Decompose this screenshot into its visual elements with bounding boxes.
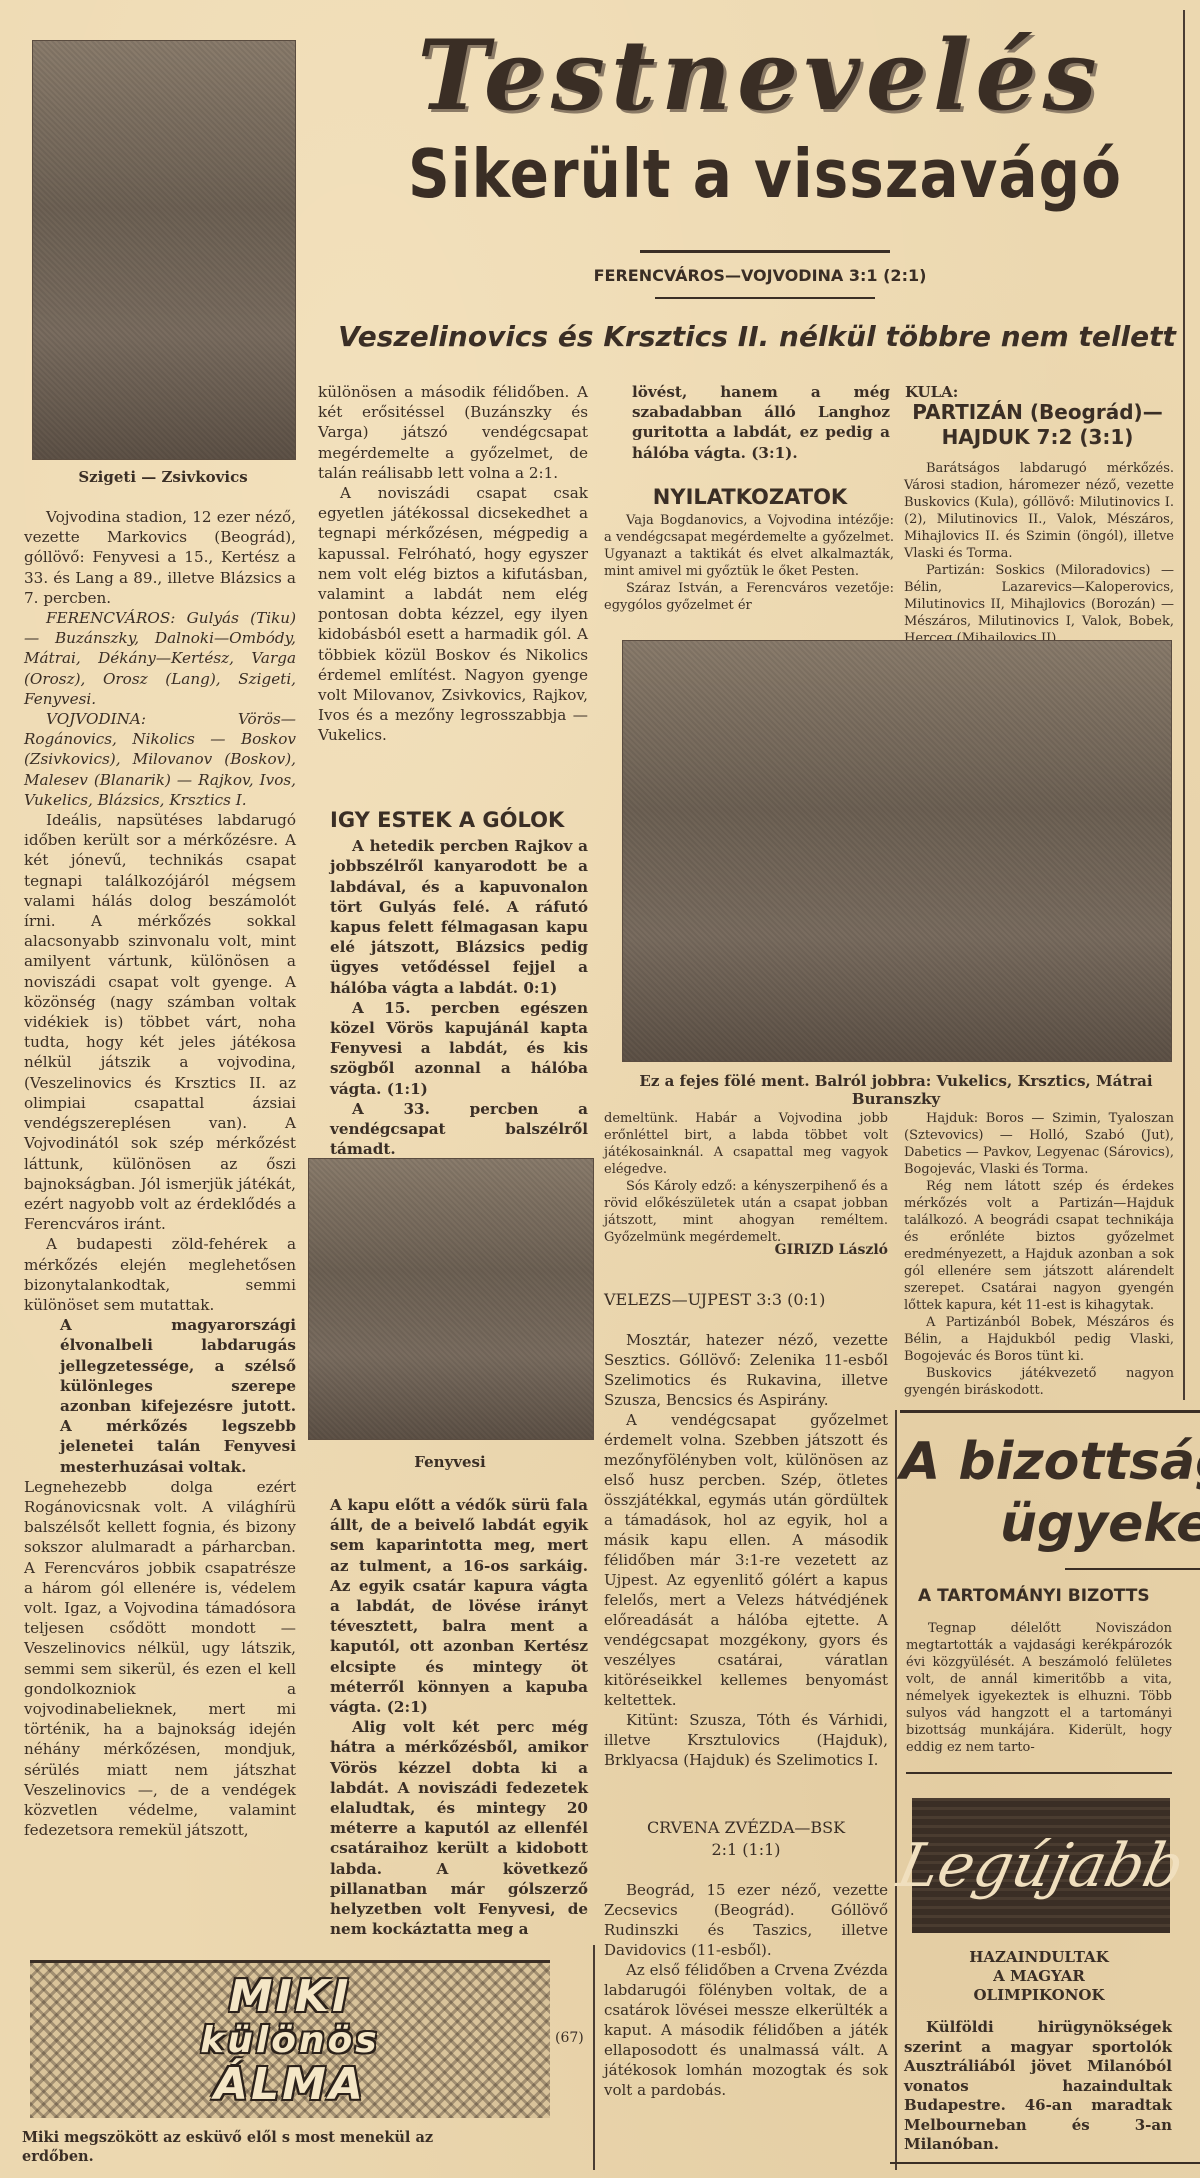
crvena-body: Beográd, 15 ezer néző, vezette Zecsevics…: [604, 1880, 888, 2100]
velezs-body: Mosztár, hatezer néző, vezette Sesztics.…: [604, 1330, 888, 1770]
kula-paragraph: Barátságos labdarugó mérkőzés. Városi st…: [904, 460, 1174, 562]
article-column-2-cont: A kapu előtt a védők sürü fala állt, de …: [330, 1495, 588, 1939]
comic-title-2: különös: [200, 2019, 379, 2063]
photo3-caption: Ez a fejes fölé ment. Balról jobbra: Vuk…: [622, 1072, 1170, 1108]
statements: Vaja Bogdanovics, a Vojvodina intézője: …: [604, 512, 894, 614]
article-column-1: Vojvodina stadion, 12 ezer néző, vezette…: [24, 507, 296, 1840]
comic-title-1: MIKI: [200, 1975, 379, 2019]
column-divider: [895, 1410, 897, 2170]
comic-number: (67): [555, 2030, 584, 2046]
column-divider: [593, 1945, 595, 2170]
article-paragraph: Ideális, napsütéses labdarugó időben ker…: [24, 810, 296, 1234]
masthead-title: Testnevelés: [350, 25, 1170, 125]
article-paragraph: Legnehezebb dolga ezért Rogánovicsnak vo…: [24, 1477, 296, 1841]
latest-heading-1: HAZAINDULTAK: [906, 1948, 1172, 1966]
vojvodina-lineup: VOJVODINA: Vörös—Rogánovics, Nikolics — …: [24, 709, 296, 810]
kula-body: Barátságos labdarugó mérkőzés. Városi st…: [904, 460, 1174, 647]
crvena-paragraph: Az első félidőben a Crvena Zvézda labdar…: [604, 1960, 888, 2100]
goal-paragraph: A kapu előtt a védők sürü fala állt, de …: [330, 1495, 588, 1717]
latest-banner-text: Legújabb: [892, 1831, 1190, 1901]
comic-caption: Miki megszökött az esküvő elől s most me…: [22, 2128, 442, 2166]
committee-body: Tegnap délelőtt Noviszádon megtartották …: [906, 1620, 1172, 1756]
crvena-paragraph: Beográd, 15 ezer néző, vezette Zecsevics…: [604, 1880, 888, 1960]
comic-title: MIKI különös ÁLMA: [200, 1975, 379, 2107]
divider: [1065, 1568, 1200, 1570]
photo2-caption: Fenyvesi: [308, 1453, 592, 1471]
crvena-heading-2: 2:1 (1:1): [604, 1840, 888, 1859]
kula-paragraph: Partizán: Soskics (Miloradovics) — Bélin…: [904, 562, 1174, 647]
statement: Száraz István, a Ferencváros vezetője: e…: [604, 580, 894, 614]
latest-heading-2: A MAGYAR: [906, 1967, 1172, 1985]
goals-heading: IGY ESTEK A GÓLOK: [330, 810, 588, 830]
article-paragraph: A noviszádi csapat csak egyetlen játékos…: [318, 483, 588, 746]
article-paragraph: A budapesti zöld-fehérek a mérkőzés elej…: [24, 1234, 296, 1315]
divider: [900, 1410, 1200, 1413]
divider: [655, 297, 875, 299]
kula-heading-2: HAJDUK 7:2 (3:1): [900, 425, 1175, 449]
kula-paragraph: Hajduk: Boros — Szimin, Tyaloszan (Sztev…: [904, 1110, 1174, 1178]
crvena-heading-1: CRVENA ZVÉZDA—BSK: [604, 1818, 888, 1837]
goal-paragraph: A 33. percben a vendégcsapat balszélről …: [330, 1099, 588, 1160]
photo1-caption: Szigeti — Zsivkovics: [32, 468, 294, 486]
ferencvaros-lineup: FERENCVÁROS: Gulyás (Tiku) — Buzánszky, …: [24, 608, 296, 709]
statement: Vaja Bogdanovics, a Vojvodina intézője: …: [604, 512, 894, 580]
goal-paragraph: A 15. percben egészen közel Vörös kapujá…: [330, 998, 588, 1099]
committee-headline-1: A bizottság cs: [900, 1432, 1200, 1492]
bold-insert: A magyarországi élvonalbeli labdarugás j…: [60, 1315, 296, 1477]
velezs-paragraph: Mosztár, hatezer néző, vezette Sesztics.…: [604, 1330, 888, 1410]
goal-paragraph: Alig volt két perc még hátra a mérkőzésb…: [330, 1717, 588, 1939]
latest-body: Külföldi hirügynökségek szerint a magyar…: [904, 2018, 1172, 2155]
kula-paragraph: Buskovics játékvezető nagyon gyengén bir…: [904, 1365, 1174, 1399]
kula-paragraph: Rég nem látott szép és érdekes mérkőzés …: [904, 1178, 1174, 1314]
goals-box: IGY ESTEK A GÓLOK A hetedik percben Rajk…: [330, 810, 588, 1159]
deck: Veszelinovics és Krsztics II. nélkül töb…: [322, 320, 1192, 353]
kula-kicker: KULA:: [905, 383, 958, 401]
latest-paragraph: Külföldi hirügynökségek szerint a magyar…: [904, 2018, 1172, 2155]
kula-paragraph: A Partizánból Bobek, Mészáros és Bélin, …: [904, 1314, 1174, 1365]
comic-title-3: ÁLMA: [200, 2063, 379, 2107]
article-column-3: lövést, hanem a még szabadabban álló Lan…: [632, 382, 890, 463]
committee-subhead: A TARTOMÁNYI BIZOTTS: [918, 1586, 1150, 1606]
statement: Sós Károly edző: a kényszerpihenő és a r…: [604, 1178, 888, 1246]
velezs-paragraph: Kitünt: Szusza, Tóth és Várhidi, illetve…: [604, 1710, 888, 1770]
statement: demeltünk. Habár a Vojvodina jobb erőnlé…: [604, 1110, 888, 1178]
article-column-2: különösen a második félidőben. A két erő…: [318, 382, 588, 746]
goal-paragraph: A hetedik percben Rajkov a jobbszélről k…: [330, 836, 588, 998]
photo-szigeti-zsivkovics: [32, 40, 296, 460]
kula-body-cont: Hajduk: Boros — Szimin, Tyaloszan (Sztev…: [904, 1110, 1174, 1399]
latest-news-banner: Legújabb: [912, 1798, 1170, 1933]
latest-heading-3: OLIMPIKONOK: [906, 1986, 1172, 2004]
score-line: FERENCVÁROS—VOJVODINA 3:1 (2:1): [350, 266, 1170, 285]
byline: GIRIZD László: [604, 1242, 888, 1258]
headline: Sikerült a visszavágó: [355, 135, 1175, 213]
velezs-paragraph: A vendégcsapat győzelmet érdemelt volna.…: [604, 1410, 888, 1710]
committee-paragraph: Tegnap délelőtt Noviszádon megtartották …: [906, 1620, 1172, 1756]
comic-strip: MIKI különös ÁLMA: [30, 1960, 550, 2118]
committee-headline-2: ügyeket t: [1000, 1494, 1200, 1554]
column-divider: [1183, 10, 1185, 1400]
velezs-heading: VELEZS—UJPEST 3:3 (0:1): [604, 1290, 894, 1309]
statements-heading: NYILATKOZATOK: [600, 485, 900, 509]
photo-header-over-goal: [622, 640, 1172, 1062]
goal-paragraph: lövést, hanem a még szabadabban álló Lan…: [632, 382, 890, 463]
divider: [890, 2162, 1200, 2164]
article-paragraph: különösen a második félidőben. A két erő…: [318, 382, 588, 483]
photo-fenyvesi: [308, 1158, 594, 1440]
match-details: Vojvodina stadion, 12 ezer néző, vezette…: [24, 507, 296, 608]
divider: [906, 1772, 1172, 1774]
article-column-3-cont: demeltünk. Habár a Vojvodina jobb erőnlé…: [604, 1110, 888, 1246]
divider: [640, 250, 890, 253]
kula-heading-1: PARTIZÁN (Beográd)—: [900, 400, 1175, 424]
